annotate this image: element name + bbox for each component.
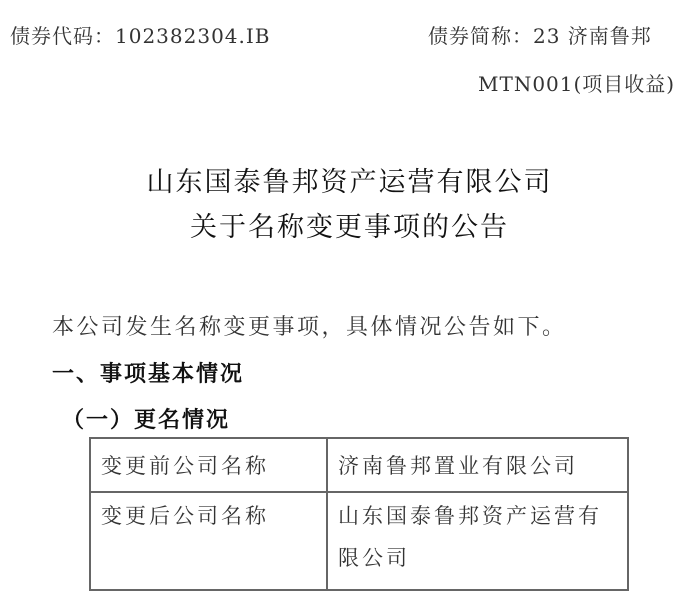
table-row: 变更后公司名称 山东国泰鲁邦资产运营有限公司 [90, 492, 628, 590]
document-title-line1: 山东国泰鲁邦资产运营有限公司 [0, 160, 699, 199]
subsection-heading: （一）更名情况 [62, 403, 230, 434]
table-cell-label: 变更前公司名称 [90, 438, 327, 492]
bond-code-label: 债券代码： [10, 24, 115, 48]
table-cell-value: 山东国泰鲁邦资产运营有限公司 [327, 492, 628, 590]
table-row: 变更前公司名称 济南鲁邦置业有限公司 [90, 438, 628, 492]
bond-code: 债券代码：102382304.IB [10, 20, 270, 49]
table-cell-label: 变更后公司名称 [90, 492, 327, 590]
bond-short-name: 债券简称：23 济南鲁邦 [428, 20, 652, 49]
bond-code-value: 102382304.IB [115, 24, 270, 48]
bond-short-name-line2: MTN001(项目收益) [478, 68, 675, 97]
document-title-line2: 关于名称变更事项的公告 [0, 205, 699, 244]
intro-paragraph: 本公司发生名称变更事项，具体情况公告如下。 [52, 310, 567, 341]
bond-short-name-line1: 23 济南鲁邦 [533, 24, 652, 48]
section-heading: 一、事项基本情况 [52, 357, 244, 388]
rename-table: 变更前公司名称 济南鲁邦置业有限公司 变更后公司名称 山东国泰鲁邦资产运营有限公… [89, 437, 629, 591]
table-cell-value: 济南鲁邦置业有限公司 [327, 438, 628, 492]
bond-short-name-label: 债券简称： [428, 24, 533, 48]
